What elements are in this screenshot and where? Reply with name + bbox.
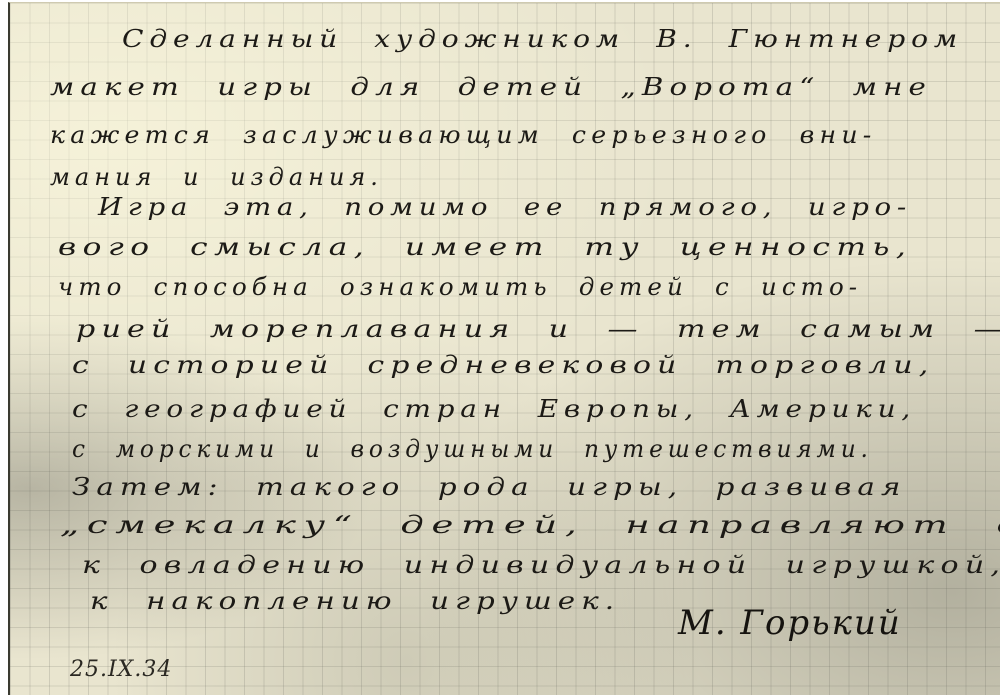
letter-line-6: вого смысла, имеет ту ценность, bbox=[58, 233, 912, 261]
letter-sheet: Сделанный художником В. Гюнтнером макет … bbox=[8, 2, 1000, 695]
date: 25.IX.34 bbox=[70, 657, 172, 682]
letter-line-2: макет игры для детей „Ворота“ мне bbox=[50, 73, 932, 101]
letter-line-5: Игра эта, помимо ее прямого, игро- bbox=[98, 193, 912, 221]
letter-line-10: с географией стран Европы, Америки, bbox=[72, 395, 916, 423]
letter-line-12: Затем: такого рода игры, развивая bbox=[72, 473, 906, 501]
letter-line-13: „смекалку“ детей, направляют ее bbox=[60, 511, 1000, 539]
letter-line-7: что способна ознакомить детей с исто- bbox=[58, 273, 862, 301]
letter-line-4: мания и издания. bbox=[50, 163, 383, 191]
letter-line-3: кажется заслуживающим серьезного вни- bbox=[50, 121, 877, 149]
signature: М. Горький bbox=[678, 603, 902, 643]
letter-line-14: к овладению индивидуальной игрушкой, bbox=[82, 551, 1000, 579]
letter-line-9: с историей средневековой торговли, bbox=[72, 351, 934, 379]
letter-line-8: рией мореплавания и — тем самым — bbox=[76, 315, 1000, 343]
letter-line-15: к накоплению игрушек. bbox=[90, 587, 620, 615]
letter-line-1: Сделанный художником В. Гюнтнером bbox=[122, 25, 963, 53]
letter-line-11: с морскими и воздушными путешествиями. bbox=[72, 435, 873, 463]
